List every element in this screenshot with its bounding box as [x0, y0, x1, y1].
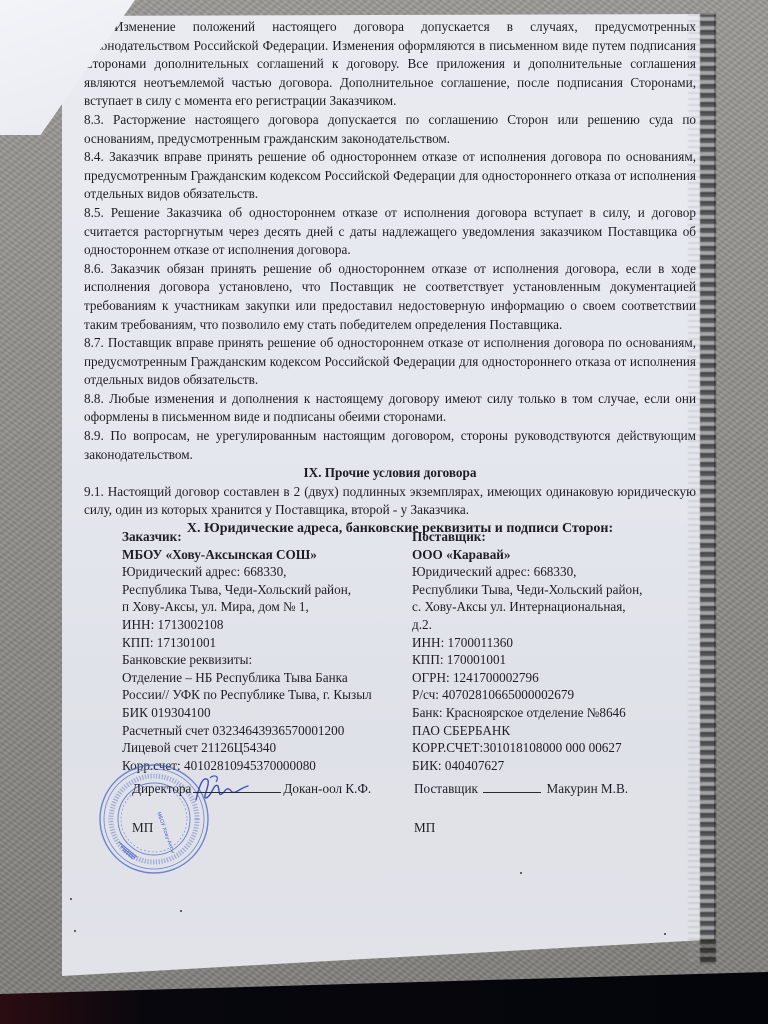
paragraph-8-4: 8.4. Заказчик вправе принять решение об …	[84, 148, 696, 204]
customer-line: Банковские реквизиты:	[122, 651, 412, 669]
supplier-sign-name: Макурин М.В.	[547, 781, 629, 796]
customer-sign-title: Директора	[132, 781, 191, 796]
paragraph-8-7: 8.7. Поставщик вправе принять решение об…	[84, 334, 696, 390]
customer-line: КПП: 171301001	[122, 634, 412, 652]
supplier-role: Поставщик:	[412, 528, 692, 546]
scan-speck	[520, 872, 522, 874]
supplier-line: Банк: Красноярское отделение №8646	[412, 704, 692, 722]
supplier-line: д.2.	[412, 616, 692, 634]
supplier-signature: Поставщик Макурин М.В. МП	[414, 780, 628, 797]
paragraph-8-8: 8.8. Любые изменения и дополнения к наст…	[84, 390, 696, 427]
scan-speck	[180, 910, 182, 912]
scan-speck	[664, 933, 666, 935]
paragraph-8-3: 8.3. Расторжение настоящего договора доп…	[84, 111, 696, 148]
supplier-line: ОГРН: 1241700002796	[412, 669, 692, 687]
supplier-block: Поставщик: ООО «Каравай» Юридический адр…	[412, 528, 692, 774]
supplier-line: КПП: 170001001	[412, 651, 692, 669]
paragraph-8-9: 8.9. По вопросам, не урегулированным нас…	[84, 427, 696, 464]
supplier-seal-label: МП	[414, 820, 435, 836]
customer-seal-label: МП	[132, 820, 153, 836]
paragraph-8-5: 8.5. Решение Заказчика об одностороннем …	[84, 204, 696, 260]
supplier-line: Юридический адрес: 668330,	[412, 563, 692, 581]
section-9-heading: IX. Прочие условия договора	[84, 464, 696, 483]
supplier-line: с. Хову-Аксы ул. Интернациональная,	[412, 598, 692, 616]
supplier-line: БИК: 040407627	[412, 757, 692, 775]
customer-line: Республика Тыва, Чеди-Хольский район,	[122, 581, 412, 599]
supplier-line: ИНН: 1700011360	[412, 634, 692, 652]
supplier-line: ПАО СБЕРБАНК	[412, 722, 692, 740]
customer-line: Отделение – НБ Республика Тыва Банка	[122, 669, 412, 687]
customer-sign-name: Докан-оол К.Ф.	[283, 781, 371, 796]
customer-name: МБОУ «Хову-Аксынская СОШ»	[122, 546, 412, 564]
customer-line: Расчетный счет 03234643936570001200	[122, 722, 412, 740]
customer-line: ИНН: 1713002108	[122, 616, 412, 634]
signature-line	[483, 780, 541, 793]
toner-streak	[700, 14, 716, 964]
customer-line: п Хову-Аксы, ул. Мира, дом № 1,	[122, 598, 412, 616]
customer-line: БИК 019304100	[122, 704, 412, 722]
supplier-line: Р/сч: 40702810665000002679	[412, 686, 692, 704]
svg-text:МБОУ Хову-Аксы: МБОУ Хову-Аксы	[155, 811, 176, 854]
supplier-sign-title: Поставщик	[414, 781, 478, 796]
customer-line: России// УФК по Республике Тыва, г. Кызы…	[122, 686, 412, 704]
signature-line	[193, 780, 281, 793]
contract-body: Изменение положений настоящего договора …	[84, 18, 696, 539]
scan-speck	[70, 898, 72, 900]
customer-block: Заказчик: МБОУ «Хову-Аксынская СОШ» Юрид…	[122, 528, 412, 774]
customer-line: Юридический адрес: 668330,	[122, 563, 412, 581]
supplier-name: ООО «Каравай»	[412, 546, 692, 564]
supplier-line: КОРР.СЧЕТ:301018108000 000 00627	[412, 739, 692, 757]
paragraph-8-2: Изменение положений настоящего договора …	[84, 18, 696, 111]
paragraph-9-1: 9.1. Настоящий договор составлен в 2 (дв…	[84, 483, 696, 520]
supplier-line: Республики Тыва, Чеди-Хольский район,	[412, 581, 692, 599]
paragraph-8-6: 8.6. Заказчик обязан принять решение об …	[84, 260, 696, 334]
customer-line: Лицевой счет 21126Ц54340	[122, 739, 412, 757]
customer-signature: ДиректораДокан-оол К.Ф. МП	[132, 780, 371, 797]
customer-role: Заказчик:	[122, 528, 412, 546]
scan-speck	[74, 930, 76, 932]
